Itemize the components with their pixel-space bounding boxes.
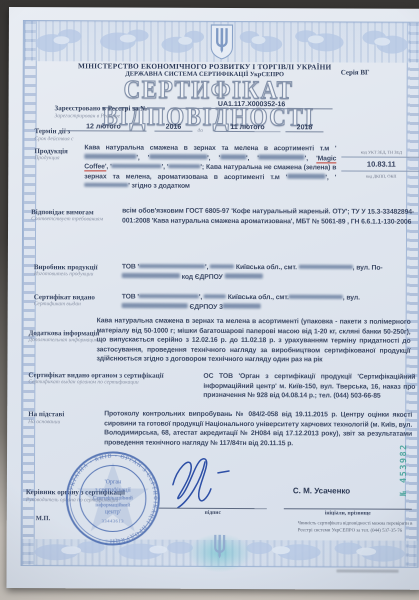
text-segment: ', ' — [136, 154, 149, 161]
redacted-text — [220, 154, 246, 159]
seal-stamp: • УКРАЇНА • КИЇВ • ОРГАН З СЕРТИФІКАЦІЇ … — [63, 448, 163, 548]
product-label-ru: Продукция — [34, 156, 68, 163]
producer-label: Виробник продукції Изготовитель продукци… — [34, 263, 124, 278]
registration-label-ru: Зарегистрирован в Реестре — [55, 113, 121, 120]
issued-to-text: ТОВ '', Київська обл., смт., вул. ЄДРПОУ… — [122, 292, 418, 312]
cert-body-label-ru: Сертификат выдан органом по сертификации — [28, 379, 206, 386]
text-segment: ', ' — [207, 154, 220, 161]
basis-text: Протоколу контрольних випробувань № 084/… — [104, 409, 412, 448]
code-label-bottom: код ДКПП, ОКП — [341, 174, 419, 180]
cert-body-label: Сертифікат видано органом з сертифікації… — [28, 371, 206, 387]
seal-center-line1: 'Орган — [105, 479, 123, 485]
redacted-text — [139, 294, 199, 299]
printer-credit — [337, 569, 399, 572]
text-segment: Кава натуральна смажена в зернах та меле… — [84, 144, 336, 152]
text-segment: ', — [305, 155, 316, 162]
verification-note: Чинність сертифіката відповідності можна… — [298, 520, 414, 535]
redacted-text — [289, 294, 343, 299]
seal-number: 33443613 — [102, 518, 125, 523]
redacted-text — [112, 163, 162, 168]
requirements-label-ru: Соответствует требованиям — [31, 216, 121, 223]
redacted-text — [287, 174, 325, 179]
product-label: Продукція Продукция — [34, 147, 68, 162]
text-segment: Київська обл., смт. — [234, 264, 299, 271]
basis-label-ru: На основании — [28, 419, 60, 426]
cert-body-text: ОС ТОВ 'Орган з сертифікації продукції '… — [203, 372, 415, 401]
text-segment: ТОВ ' — [122, 263, 139, 270]
text-segment: ТОВ ' — [122, 293, 139, 300]
validity-label-ru: Срок действия с — [34, 136, 73, 143]
seal-center-line2: з сертифікації — [95, 486, 131, 493]
requirements-label: Відповідає вимогам Соответствует требова… — [31, 208, 121, 223]
validity-to-word: до — [197, 128, 203, 135]
redacted-text — [223, 303, 261, 308]
product-description: Кава натуральна смажена в зернах та меле… — [84, 143, 336, 192]
ornament-band-top — [24, 21, 419, 63]
handwritten-signature — [161, 449, 253, 509]
name-caption: ініціали, прізвище — [284, 510, 412, 517]
seal-center-line4: інформаційний — [95, 501, 130, 508]
code-label-top: код УКТ ЗЕД, ТН ЗЕД — [341, 149, 419, 155]
redacted-text — [224, 273, 262, 278]
producer-label-ru: Изготовитель продукции — [34, 272, 124, 279]
text-segment: ' згідно з додатком — [128, 183, 190, 190]
seal-center-line3: Сертифікаційний — [93, 494, 133, 501]
redacted-text — [84, 182, 128, 187]
additional-text: Кава натуральна смажена в зернах та меле… — [96, 316, 410, 365]
redacted-text — [139, 264, 205, 269]
signature-caption: підпис — [159, 510, 267, 516]
producer-text: ТОВ '', Київська обл., смт. , вул. По- к… — [122, 262, 418, 282]
seal-place-label: М.П. — [36, 515, 50, 522]
trident-icon-bottom — [208, 531, 232, 565]
registration-number: UA1.117.X000352-16 — [171, 101, 333, 110]
validity-to-year: 2018 — [285, 124, 323, 132]
series-label: Серія ВГ — [341, 68, 370, 76]
requirements-text: всім обов'язковим ГОСТ 6805-97 'Кофе нат… — [122, 206, 414, 226]
certificate-paper: МІНІСТЕРСТВО ЕКОНОМІЧНОГО РОЗВИТКУ І ТОР… — [6, 7, 419, 590]
text-segment: , вул. — [343, 294, 360, 301]
validity-from-year: 2016 — [154, 124, 192, 132]
additional-label-ru: Дополнительная информация — [29, 337, 107, 344]
code-value: 10.83.11 — [341, 157, 419, 172]
registration-label-ua: Зареєстровано в Реєстрі за № — [55, 104, 148, 113]
redacted-text — [204, 294, 226, 299]
validity-to: 11 лютого — [214, 124, 280, 132]
serial-number: № 453982 — [399, 425, 409, 515]
issued-to-label: Сертифікат видано Сертификат выдан — [34, 293, 124, 308]
issued-to-label-ru: Сертификат выдан — [34, 302, 124, 309]
text-segment: код ЄДРПОУ — [180, 273, 225, 280]
text-segment: , вул. По- — [353, 265, 383, 272]
redacted-text — [259, 155, 305, 160]
redacted-text — [299, 264, 353, 269]
trident-icon-top — [209, 24, 235, 60]
redacted-text — [210, 264, 234, 269]
seal-center-line5: центр' — [105, 509, 121, 515]
redacted-text — [122, 273, 180, 278]
signatory-name: С. М. Усаченко — [293, 486, 350, 495]
redacted-text — [84, 154, 136, 159]
additional-label: Додаткова інформація Дополнительная инфо… — [29, 329, 107, 344]
basis-label-ua: На підставі — [28, 410, 64, 419]
redacted-text — [149, 154, 207, 159]
photo-background: МІНІСТЕРСТВО ЕКОНОМІЧНОГО РОЗВИТКУ І ТОР… — [0, 0, 419, 600]
code-box: код УКТ ЗЕД, ТН ЗЕД 10.83.11 код ДКПП, О… — [341, 149, 419, 179]
text-segment: ', ' — [162, 164, 169, 171]
redacted-text — [168, 164, 200, 169]
text-segment: ', ' — [246, 155, 259, 162]
text-segment: ЄДРПОУ 3 — [188, 303, 223, 310]
validity-from: 12 лютого — [60, 123, 146, 131]
text-segment: Київська обл., смт. — [226, 294, 289, 301]
text-segment: ', ' — [325, 174, 336, 181]
redacted-text — [122, 303, 188, 308]
